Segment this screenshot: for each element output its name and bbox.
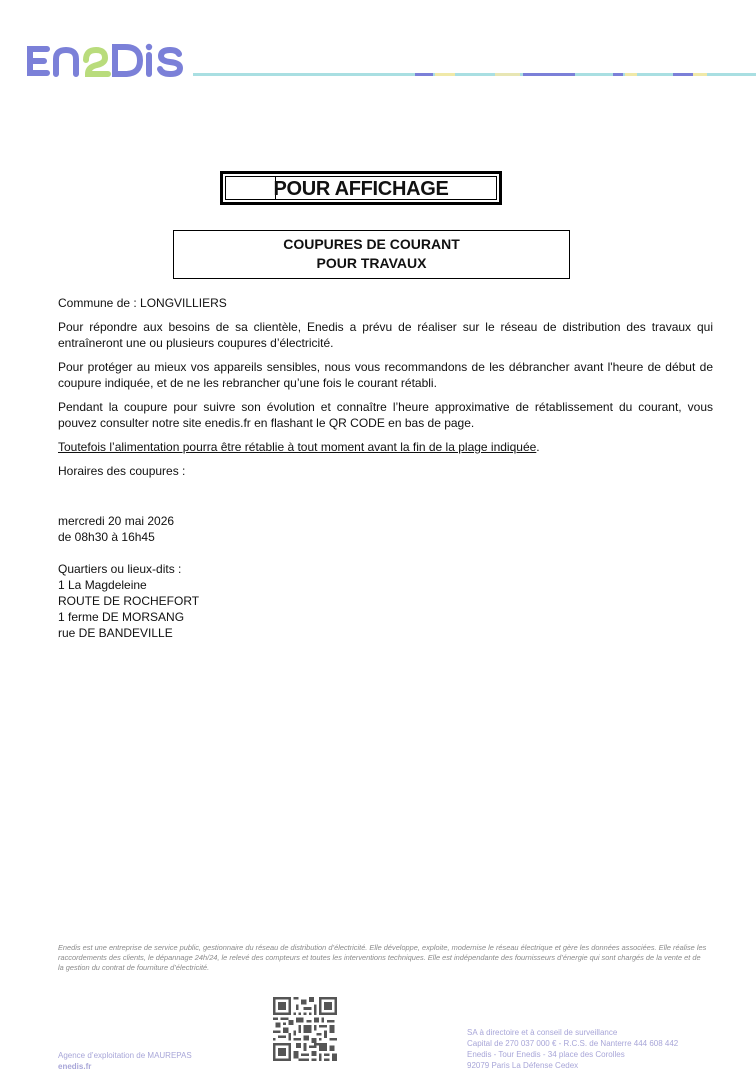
corp-line: 92079 Paris La Défense Cedex [467,1060,678,1071]
qr-code-icon[interactable] [273,997,337,1061]
agency-name: Agence d’exploitation de MAUREPAS [58,1050,192,1061]
pour-affichage-label: POUR AFFICHAGE [223,178,499,201]
location-item: 1 La Magdeleine [58,577,199,593]
decorative-color-line [193,73,756,76]
location-item: rue DE BANDEVILLE [58,625,199,641]
location-item: ROUTE DE ROCHEFORT [58,593,199,609]
enedis-logo-icon [22,41,187,79]
location-item: 1 ferme DE MORSANG [58,609,199,625]
schedule-date: mercredi 20 mai 2026 [58,513,174,529]
footer-legal-text: Enedis est une entreprise de service pub… [58,943,708,973]
paragraph-devices: Pour protéger au mieux vos appareils sen… [58,359,713,391]
notice-title-line2: POUR TRAVAUX [174,254,569,273]
paragraph-works: Pour répondre aux besoins de sa clientèl… [58,319,713,351]
schedule-time-range: de 08h30 à 16h45 [58,529,174,545]
notice-title-line1: COUPURES DE COURANT [174,235,569,254]
restoration-notice-suffix: . [536,440,539,454]
commune-line: Commune de : LONGVILLIERS [58,295,713,311]
corp-line: Enedis - Tour Enedis - 34 place des Coro… [467,1049,678,1060]
restoration-notice: Toutefois l’alimentation pourra être rét… [58,439,713,455]
locations-heading: Quartiers ou lieux-dits : [58,561,199,577]
notice-title-box: COUPURES DE COURANT POUR TRAVAUX [173,230,570,279]
schedule-heading: Horaires des coupures : [58,463,713,479]
pour-affichage-box: POUR AFFICHAGE [220,171,502,205]
notice-body: Commune de : LONGVILLIERS Pour répondre … [58,295,713,487]
footer-corporate-info: SA à directoire et à conseil de surveill… [467,1027,678,1071]
corp-line: SA à directoire et à conseil de surveill… [467,1027,678,1038]
restoration-notice-underlined: Toutefois l’alimentation pourra être rét… [58,440,536,454]
enedis-logo [22,40,187,80]
paragraph-tracking: Pendant la coupure pour suivre son évolu… [58,399,713,431]
website-link[interactable]: enedis.fr [58,1061,192,1072]
corp-line: Capital de 270 037 000 € - R.C.S. de Nan… [467,1038,678,1049]
locations-block: Quartiers ou lieux-dits : 1 La Magdelein… [58,561,199,641]
footer-agency: Agence d’exploitation de MAUREPAS enedis… [58,1050,192,1072]
schedule-block: mercredi 20 mai 2026 de 08h30 à 16h45 [58,513,174,545]
